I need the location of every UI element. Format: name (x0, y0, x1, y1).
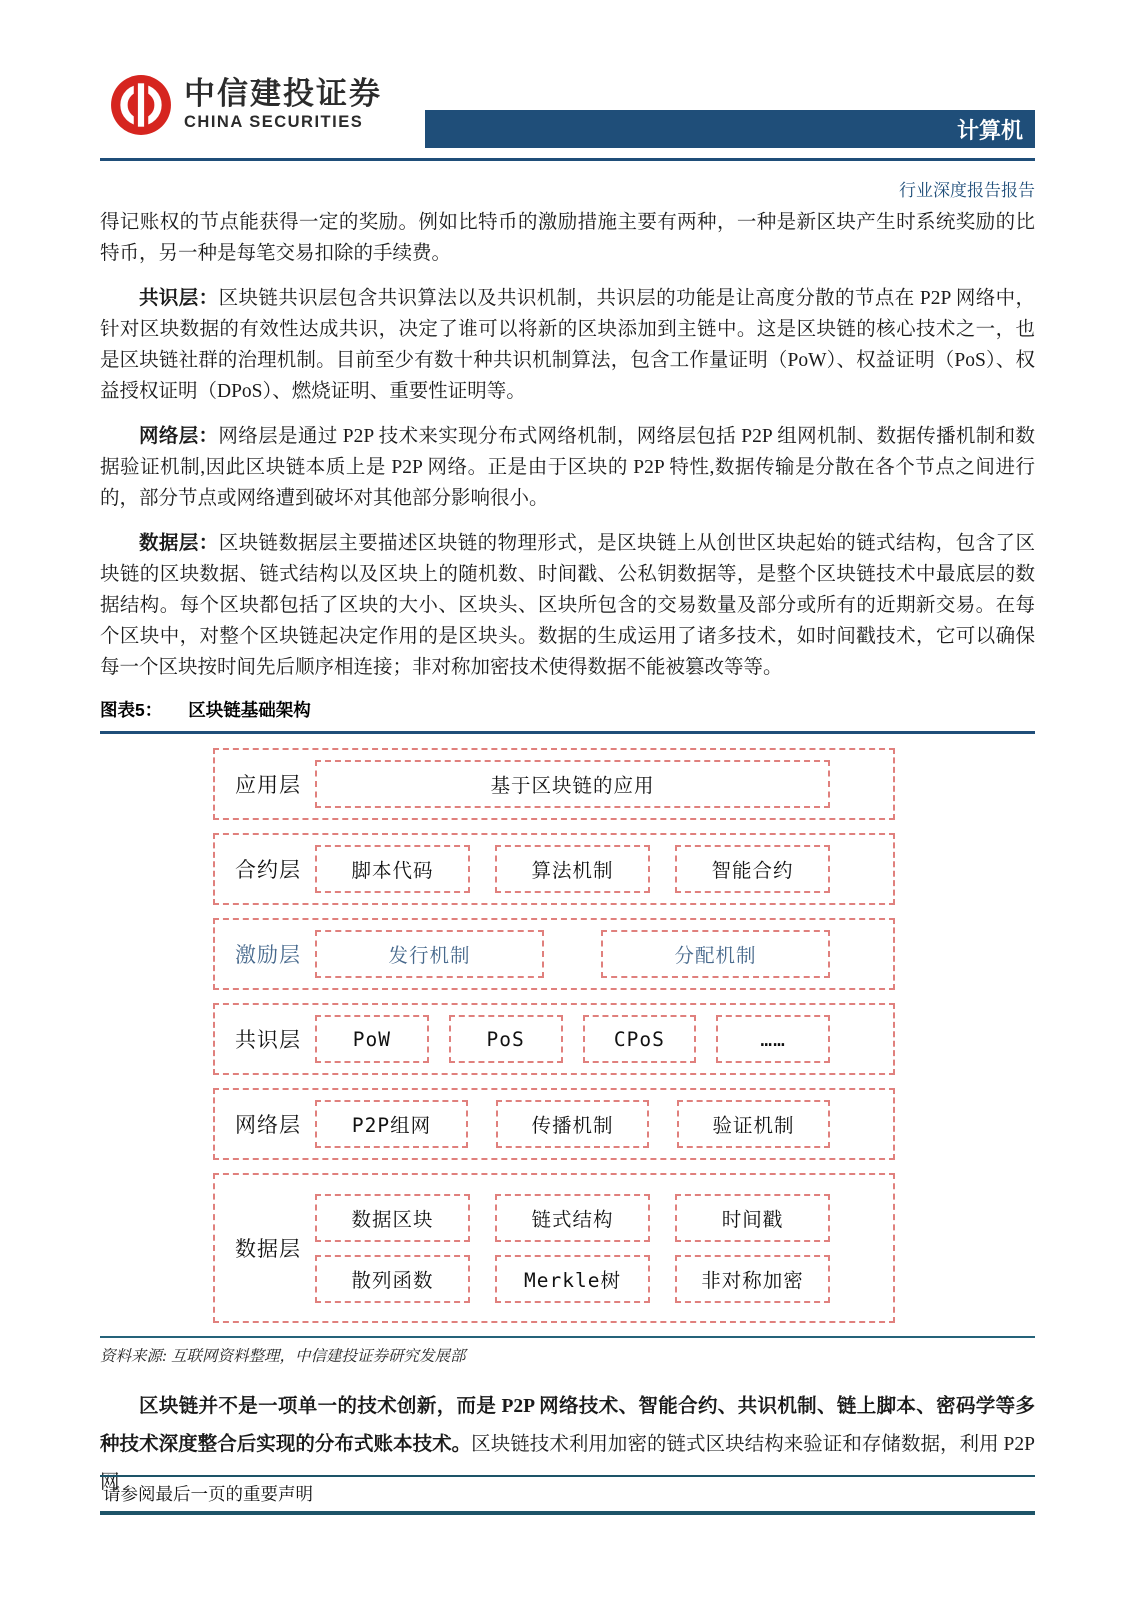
layer-box: 发行机制 (315, 930, 544, 978)
company-logo: 中信建投证券 CHINA SECURITIES (110, 74, 382, 136)
layer-box: 智能合约 (675, 845, 830, 893)
industry-tag-bar: 计算机 (425, 110, 1035, 148)
layer-box: 验证机制 (677, 1100, 830, 1148)
page-content: 得记账权的节点能获得一定的奖励。例如比特币的激励措施主要有两种，一种是新区块产生… (100, 207, 1035, 1502)
layer-box: 链式结构 (495, 1194, 650, 1242)
footer-rule-top (100, 1475, 1035, 1477)
layer-row-application: 应用层 基于区块链的应用 (213, 748, 895, 820)
layer-label: 共识层 (235, 1024, 315, 1054)
layer-label: 网络层 (235, 1109, 315, 1139)
paragraph-reward: 得记账权的节点能获得一定的奖励。例如比特币的激励措施主要有两种，一种是新区块产生… (100, 207, 1035, 269)
logo-name-en: CHINA SECURITIES (184, 111, 382, 133)
layer-label: 应用层 (235, 769, 315, 799)
layer-box: Merkle树 (495, 1255, 650, 1303)
report-page: 中信建投证券 CHINA SECURITIES 计算机 行业深度报告报告 得记账… (0, 0, 1131, 1600)
layer-box: P2P组网 (315, 1100, 468, 1148)
layer-row-contract: 合约层 脚本代码 算法机制 智能合约 (213, 833, 895, 905)
layer-box: 非对称加密 (675, 1255, 830, 1303)
layer-row-network: 网络层 P2P组网 传播机制 验证机制 (213, 1088, 895, 1160)
layer-box: PoS (449, 1015, 563, 1063)
layer-label: 数据层 (235, 1233, 315, 1263)
layer-box: CPoS (583, 1015, 697, 1063)
paragraph-network-layer: 网络层：网络层是通过 P2P 技术来实现分布式网络机制，网络层包括 P2P 组网… (100, 421, 1035, 514)
figure-bottom-rule (100, 1336, 1035, 1338)
layer-box: 传播机制 (496, 1100, 649, 1148)
layer-box: 时间戳 (675, 1194, 830, 1242)
footer-rule-bottom (100, 1511, 1035, 1515)
paragraph-lead: 数据层： (139, 533, 219, 554)
figure-caption: 区块链基础架构 (188, 700, 311, 720)
layer-label: 合约层 (235, 854, 315, 884)
layer-label: 激励层 (235, 939, 315, 969)
citic-logo-icon (110, 74, 172, 136)
figure-source: 资料来源: 互联网资料整理，中信建投证券研究发展部 (100, 1344, 1035, 1366)
logo-name-cn: 中信建投证券 (184, 77, 382, 111)
layer-box: 脚本代码 (315, 845, 470, 893)
report-type-label: 行业深度报告报告 (100, 176, 1035, 201)
paragraph-lead: 网络层： (139, 426, 218, 447)
header-divider (100, 158, 1035, 161)
figure-number: 图表5： (100, 700, 162, 720)
layer-row-data: 数据层 数据区块 链式结构 时间戳 散列函数 Merkle树 非对称加密 (213, 1173, 895, 1323)
footer-disclaimer: 请参阅最后一页的重要声明 (103, 1481, 313, 1506)
paragraph-consensus-layer: 共识层：区块链共识层包含共识算法以及共识机制，共识层的功能是让高度分散的节点在 … (100, 283, 1035, 407)
layer-row-consensus: 共识层 PoW PoS CPoS …… (213, 1003, 895, 1075)
paragraph-lead: 共识层： (139, 288, 219, 309)
layer-box: 算法机制 (495, 845, 650, 893)
paragraph-data-layer: 数据层：区块链数据层主要描述区块链的物理形式，是区块链上从创世区块起始的链式结构… (100, 528, 1035, 683)
blockchain-architecture-diagram: 应用层 基于区块链的应用 合约层 脚本代码 算法机制 智能合约 激励层 发行机制… (213, 748, 895, 1323)
layer-box: 数据区块 (315, 1194, 470, 1242)
layer-box: 分配机制 (601, 930, 830, 978)
figure-title: 图表5：区块链基础架构 (100, 697, 1035, 734)
layer-row-incentive: 激励层 发行机制 分配机制 (213, 918, 895, 990)
layer-box: PoW (315, 1015, 429, 1063)
layer-box: 基于区块链的应用 (315, 760, 830, 808)
layer-box: 散列函数 (315, 1255, 470, 1303)
layer-box: …… (716, 1015, 830, 1063)
